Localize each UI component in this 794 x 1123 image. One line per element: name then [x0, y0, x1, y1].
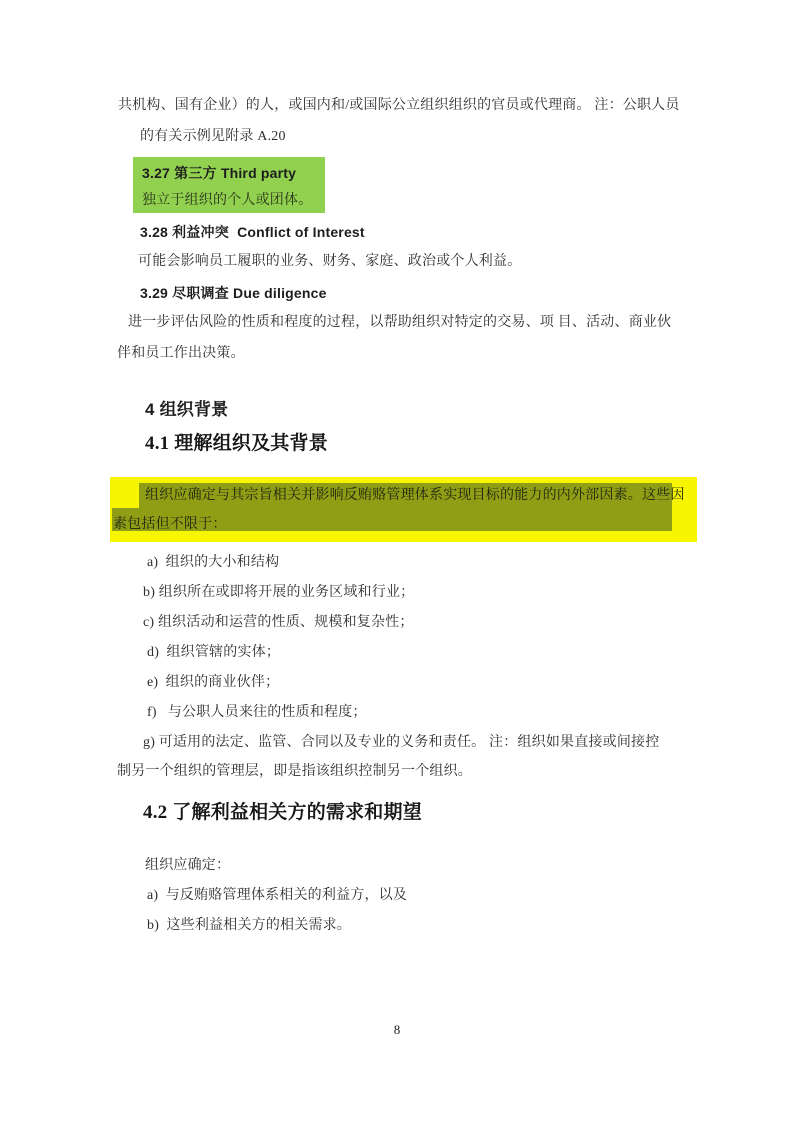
clause-4-1-intro-line-1: 组织应确定与其宗旨相关并影响反贿赂管理体系实现目标的能力的内外部因素。这些因: [145, 486, 685, 506]
clause-4-1-item-g-line-2: 制另一个组织的管理层，即是指该组织控制另一个组织。: [117, 762, 472, 782]
clause-4-1-item-e: e) 组织的商业伙伴；: [147, 673, 279, 693]
term-3-27-definition: 独立于组织的个人或团体。: [142, 191, 312, 211]
term-3-28-heading: 3.28 利益冲突 Conflict of Interest: [140, 222, 365, 242]
highlight-indent-patch: [112, 483, 139, 508]
section-4-heading: 4 组织背景: [145, 400, 228, 420]
clause-4-1-item-b: b) 组织所在或即将开展的业务区域和行业；: [143, 583, 414, 603]
clause-4-1-item-a: a) 组织的大小和结构: [147, 553, 279, 573]
term-3-27-heading: 3.27 第三方 Third party: [142, 163, 296, 183]
paragraph-public-official-line-1: 共机构、国有企业）的人，或国内和/或国际公立组织组织的官员或代理商。 注：公职人…: [118, 96, 680, 116]
clause-4-1-item-d: d) 组织管辖的实体；: [147, 643, 280, 663]
clause-4-1-item-g-line-1: g) 可适用的法定、监管、合同以及专业的义务和责任。 注：组织如果直接或间接控: [143, 733, 659, 753]
section-4-2-heading: 4.2 了解利益相关方的需求和期望: [143, 803, 422, 823]
term-3-29-heading: 3.29 尽职调查 Due diligence: [140, 283, 327, 303]
page-number: 8: [0, 1022, 794, 1038]
section-4-1-heading: 4.1 理解组织及其背景: [145, 434, 328, 454]
document-page: 共机构、国有企业）的人，或国内和/或国际公立组织组织的官员或代理商。 注：公职人…: [0, 0, 794, 1123]
paragraph-public-official-line-2: 的有关示例见附录 A.20: [140, 127, 286, 147]
clause-4-1-item-f: f) 与公职人员来往的性质和程度；: [147, 703, 367, 723]
clause-4-2-item-b: b) 这些利益相关方的相关需求。: [147, 916, 351, 936]
clause-4-1-intro-line-2: 素包括但不限于：: [113, 515, 227, 535]
term-3-29-definition-line-2: 伴和员工作出决策。: [117, 344, 245, 364]
clause-4-1-item-c: c) 组织活动和运营的性质、规模和复杂性；: [143, 613, 414, 633]
clause-4-2-intro: 组织应确定：: [145, 856, 230, 876]
term-3-29-definition-line-1: 进一步评估风险的性质和程度的过程，以帮助组织对特定的交易、项 目、活动、商业伙: [128, 313, 671, 333]
clause-4-2-item-a: a) 与反贿赂管理体系相关的利益方，以及: [147, 886, 407, 906]
term-3-28-definition: 可能会影响员工履职的业务、财务、家庭、政治或个人利益。: [138, 252, 521, 272]
